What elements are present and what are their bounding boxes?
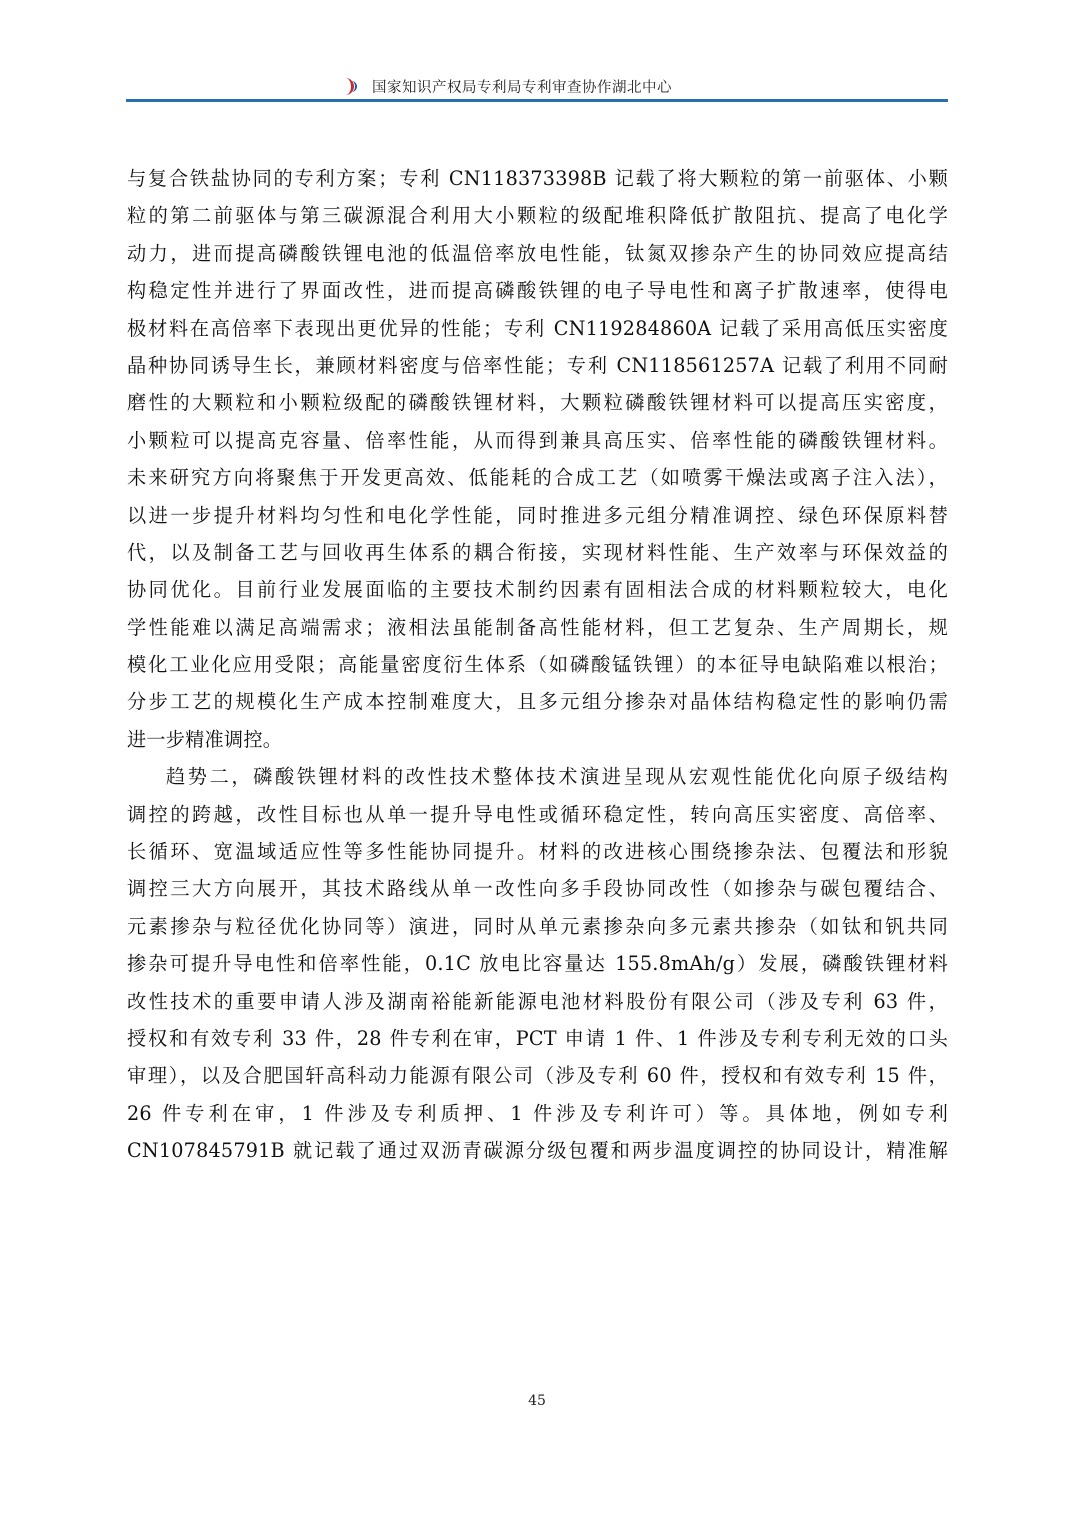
text-line: 晶种协同诱导生长，兼顾材料密度与倍率性能；专利 CN118561257A 记载了… xyxy=(127,347,948,384)
text-line: 调控三大方向展开，其技术路线从单一改性向多手段协同改性（如掺杂与碳包覆结合、 xyxy=(127,870,948,907)
text-line: 代，以及制备工艺与回收再生体系的耦合衔接，实现材料性能、生产效率与环保效益的 xyxy=(127,534,948,571)
text-line: 与复合铁盐协同的专利方案；专利 CN118373398B 记载了将大颗粒的第一前… xyxy=(127,160,948,197)
text-line: 分步工艺的规模化生产成本控制难度大，且多元组分掺杂对晶体结构稳定性的影响仍需 xyxy=(127,683,948,720)
text-line: 审理），以及合肥国轩高科动力能源有限公司（涉及专利 60 件，授权和有效专利 1… xyxy=(127,1057,948,1094)
text-line: 未来研究方向将聚焦于开发更高效、低能耗的合成工艺（如喷雾干燥法或离子注入法）， xyxy=(127,459,948,496)
text-line: 元素掺杂与粒径优化协同等）演进，同时从单元素掺杂向多元素共掺杂（如钛和钒共同 xyxy=(127,908,948,945)
body-text: 与复合铁盐协同的专利方案；专利 CN118373398B 记载了将大颗粒的第一前… xyxy=(127,160,948,1170)
header-content: 国家知识产权局专利局专利审查协作湖北中心 xyxy=(344,76,672,97)
header-title: 国家知识产权局专利局专利审查协作湖北中心 xyxy=(372,76,672,97)
text-line: 磨性的大颗粒和小颗粒级配的磷酸铁锂材料，大颗粒磷酸铁锂材料可以提高压实密度， xyxy=(127,384,948,421)
text-line: 协同优化。目前行业发展面临的主要技术制约因素有固相法合成的材料颗粒较大，电化 xyxy=(127,571,948,608)
text-line: 以进一步提升材料均匀性和电化学性能，同时推进多元组分精准调控、绿色环保原料替 xyxy=(127,497,948,534)
text-line: 动力，进而提高磷酸铁锂电池的低温倍率放电性能，钛氮双掺杂产生的协同效应提高结 xyxy=(127,235,948,272)
text-line: CN107845791B 就记载了通过双沥青碳源分级包覆和两步温度调控的协同设计… xyxy=(127,1132,948,1169)
text-line: 进一步精准调控。 xyxy=(127,721,948,758)
text-line: 粒的第二前驱体与第三碳源混合利用大小颗粒的级配堆积降低扩散阻抗、提高了电化学 xyxy=(127,197,948,234)
text-line: 改性技术的重要申请人涉及湖南裕能新能源电池材料股份有限公司（涉及专利 63 件， xyxy=(127,983,948,1020)
text-line: 调控的跨越，改性目标也从单一提升导电性或循环稳定性，转向高压实密度、高倍率、 xyxy=(127,796,948,833)
page-header: 国家知识产权局专利局专利审查协作湖北中心 xyxy=(126,70,948,104)
text-line: 26 件专利在审，1 件涉及专利质押、1 件涉及专利许可）等。具体地，例如专利 xyxy=(127,1095,948,1132)
text-line: 授权和有效专利 33 件，28 件专利在审，PCT 申请 1 件、1 件涉及专利… xyxy=(127,1020,948,1057)
text-line: 学性能难以满足高端需求；液相法虽能制备高性能材料，但工艺复杂、生产周期长，规 xyxy=(127,609,948,646)
paragraph-2: 趋势二，磷酸铁锂材料的改性技术整体技术演进呈现从宏观性能优化向原子级结构 调控的… xyxy=(127,758,948,1169)
text-line: 长循环、宽温域适应性等多性能协同提升。材料的改进核心围绕掺杂法、包覆法和形貌 xyxy=(127,833,948,870)
text-line: 极材料在高倍率下表现出更优异的性能；专利 CN119284860A 记载了采用高… xyxy=(127,310,948,347)
header-divider xyxy=(126,99,948,102)
page-number: 45 xyxy=(0,1393,1074,1409)
paragraph-1: 与复合铁盐协同的专利方案；专利 CN118373398B 记载了将大颗粒的第一前… xyxy=(127,160,948,758)
text-line: 掺杂可提升导电性和倍率性能，0.1C 放电比容量达 155.8mAh/g）发展，… xyxy=(127,945,948,982)
text-line: 趋势二，磷酸铁锂材料的改性技术整体技术演进呈现从宏观性能优化向原子级结构 xyxy=(127,758,948,795)
text-line: 构稳定性并进行了界面改性，进而提高磷酸铁锂的电子导电性和离子扩散速率，使得电 xyxy=(127,272,948,309)
cnipa-hubei-logo-icon xyxy=(344,77,358,97)
text-line: 模化工业化应用受限；高能量密度衍生体系（如磷酸锰铁锂）的本征导电缺陷难以根治； xyxy=(127,646,948,683)
text-line: 小颗粒可以提高克容量、倍率性能，从而得到兼具高压实、倍率性能的磷酸铁锂材料。 xyxy=(127,422,948,459)
